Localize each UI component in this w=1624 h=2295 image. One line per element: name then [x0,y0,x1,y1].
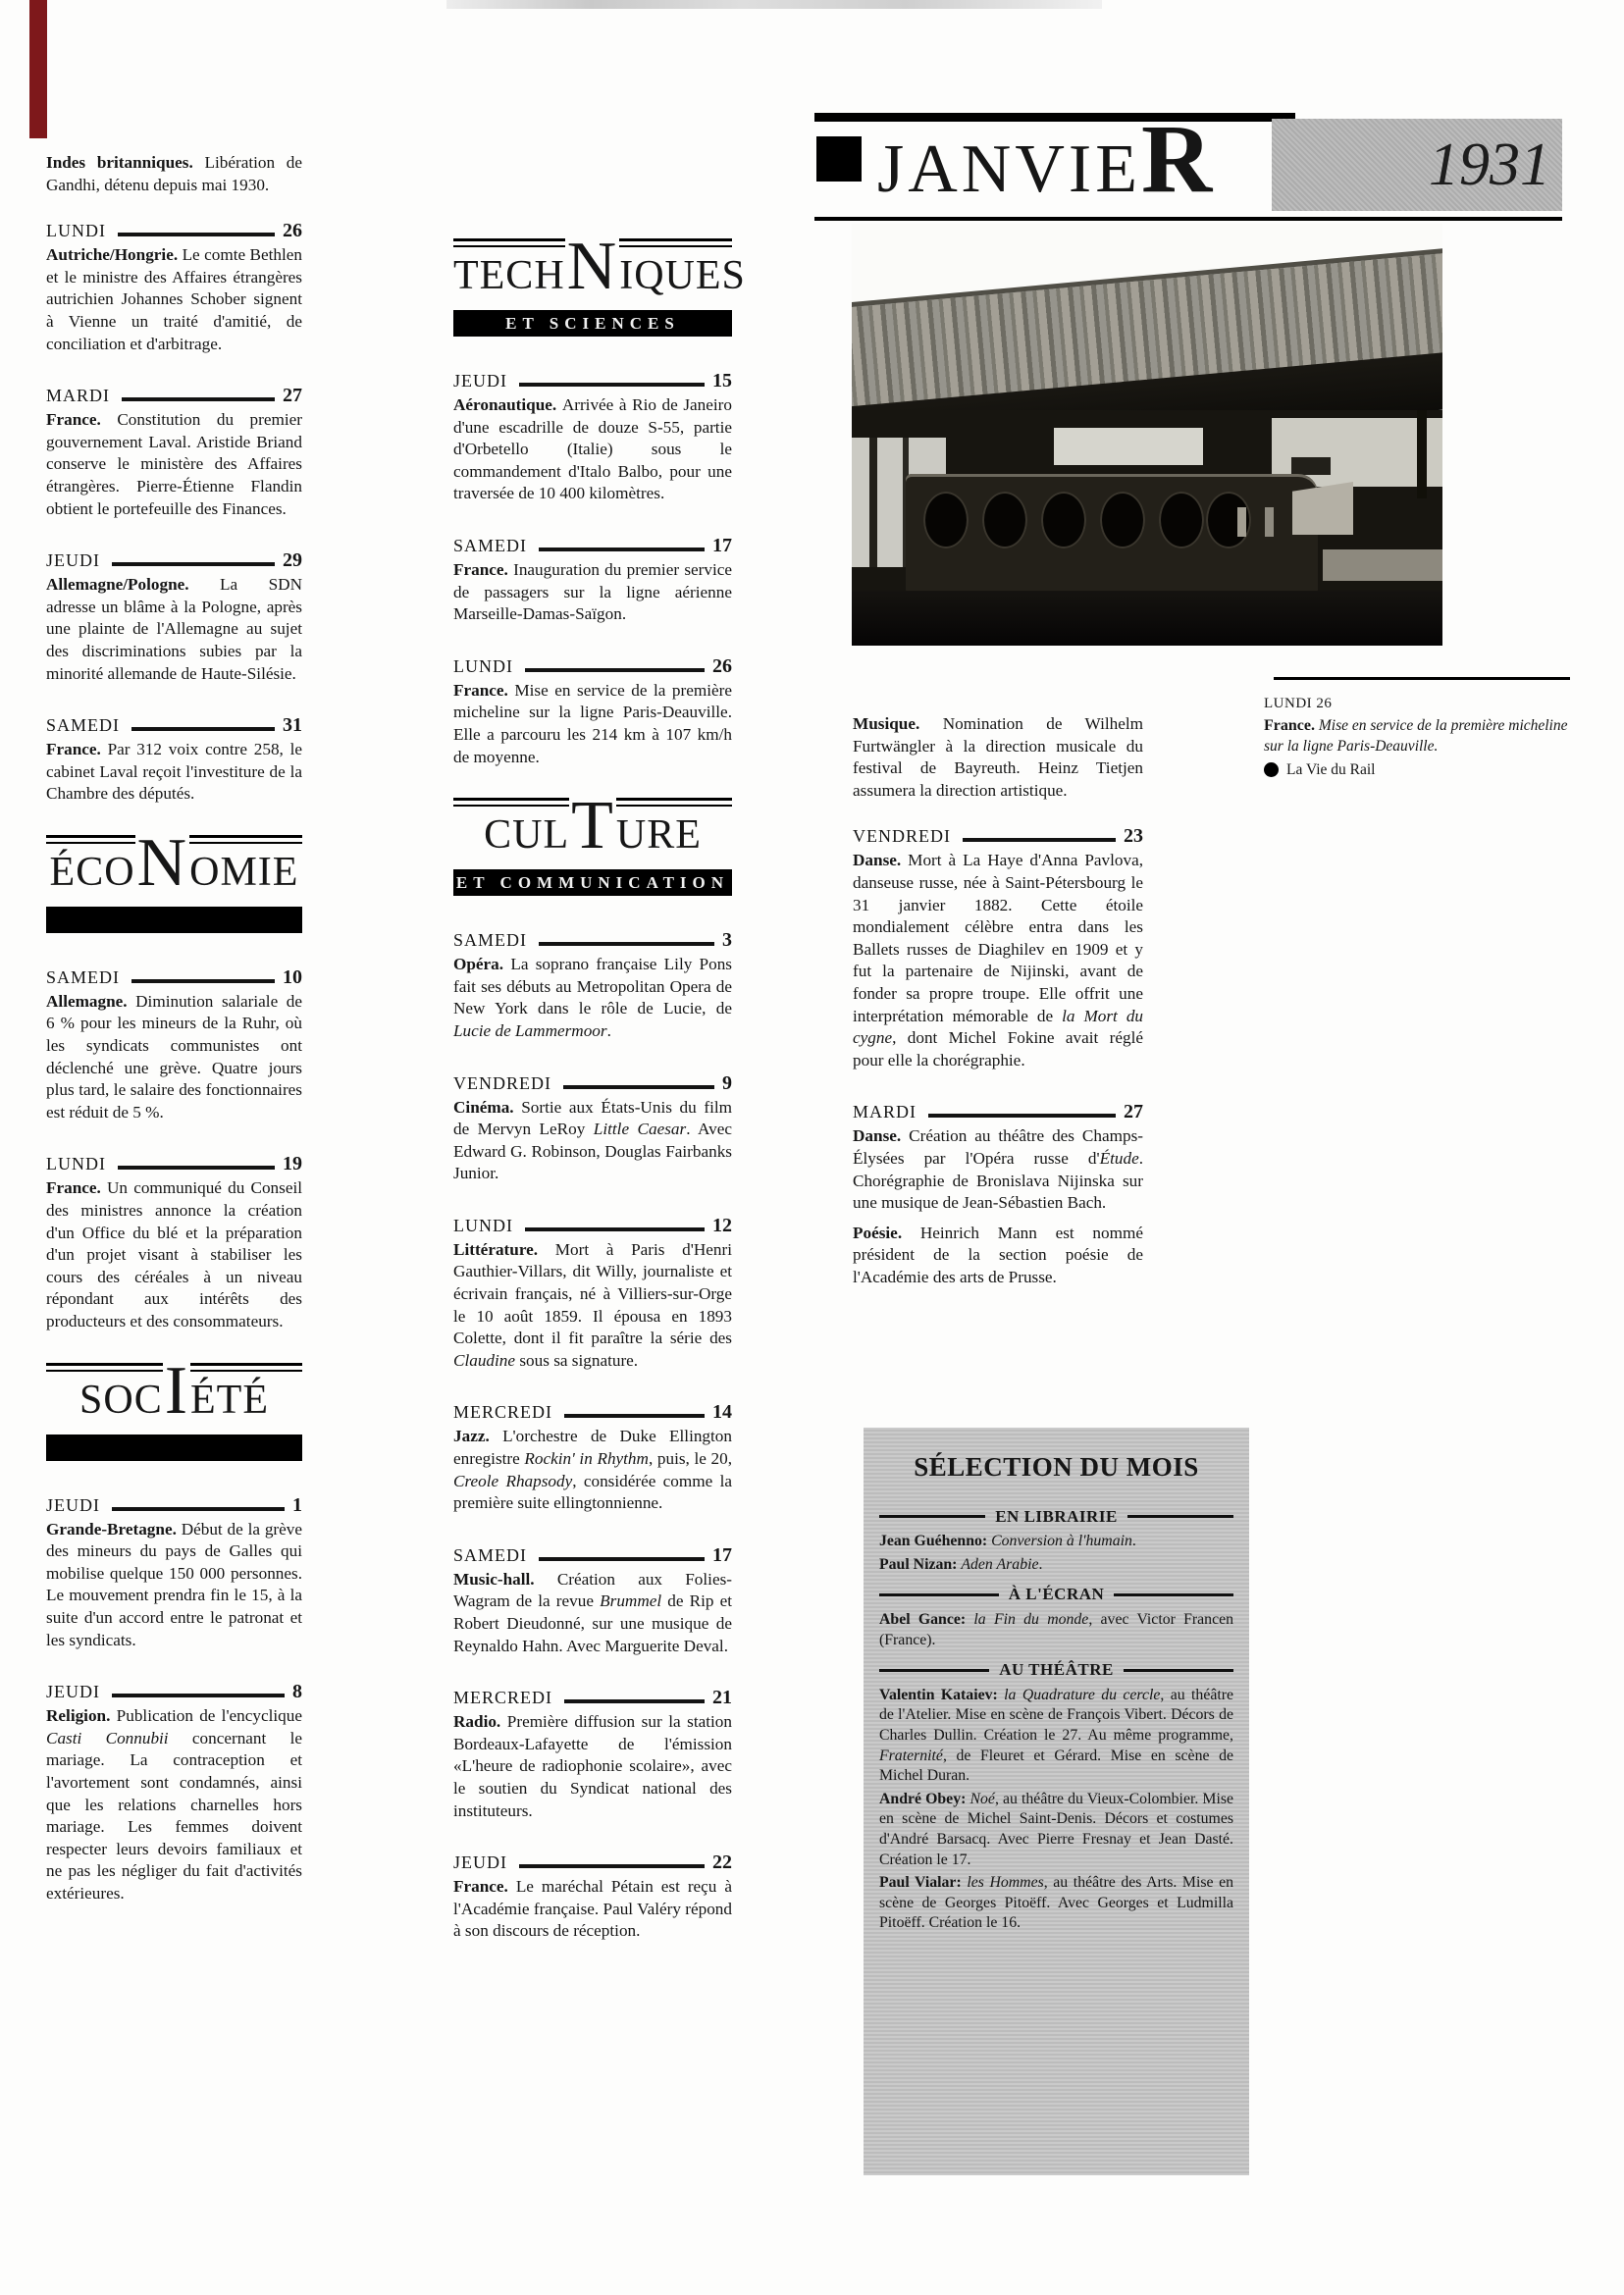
entry-number: 10 [283,966,302,988]
selection-heading-a-l-ecran: À L'ÉCRAN [879,1585,1233,1605]
photo-light-gap [1054,428,1203,465]
selection-heading-en-librairie: EN LIBRAIRIE [879,1507,1233,1528]
section-subtitle-bar: ET SCIENCES [453,310,732,337]
paragraph-body: Indes britanniques. Libération de Gandhi… [46,152,302,196]
paragraph-poesie: Poésie. Heinrich Mann est nommé présiden… [853,1223,1143,1289]
entry-lead: France. [453,681,514,700]
entry-body: France. Constitution du premier gouverne… [46,409,302,520]
entry-number: 17 [712,535,732,556]
entry-rule [525,668,705,672]
entry-body: Opéra. La soprano française Lily Pons fa… [453,954,732,1042]
section-header-culture: CULTUREET COMMUNICATION [453,798,732,896]
column-middle: TECHNIQUESET SCIENCESJEUDI15Aéronautique… [453,238,732,1972]
caption-day: LUNDI 26 [1264,694,1570,715]
section-word-big-letter: T [569,788,616,863]
photo-lamp-post [1417,410,1427,498]
entry-header: MERCREDI21 [453,1687,732,1708]
photo-train-cab [1292,482,1353,535]
paragraph-body: Poésie. Heinrich Mann est nommé présiden… [853,1223,1143,1289]
selection-item: Jean Guéhenno: Conversion à l'humain. [879,1532,1233,1552]
entry-day-label: SAMEDI [46,966,120,988]
entry-header: MARDI27 [46,385,302,406]
entry-rule [112,1694,285,1697]
paragraph-musique: Musique. Nomination de Wilhelm Furtwängl… [853,713,1143,802]
entry-day-label: MERCREDI [453,1401,552,1423]
entry-body: Aéronautique. Arrivée à Rio de Janeiro d… [453,394,732,505]
entry-rule [539,548,705,551]
section-word-post: URE [616,812,702,858]
bullet-icon [1264,762,1279,777]
year-badge: 1931 [1272,119,1562,211]
entry-day-label: JEUDI [46,1494,100,1516]
caption-text: France. Mise en service de la première m… [1264,715,1570,757]
entry-lead: Littérature. [453,1240,555,1259]
entry-lead: France. [46,740,108,758]
selection-heading-label: À L'ÉCRAN [1009,1585,1105,1605]
entry-day-label: SAMEDI [46,714,120,736]
entry-day-label: JEUDI [453,1852,507,1873]
section-word-big-letter: N [135,825,190,901]
selection-title: SÉLECTION DU MOIS [879,1457,1233,1478]
photo-train-body [906,474,1318,594]
month-title-pre: JANVIE [877,131,1141,207]
selection-item: Paul Vialar: les Hommes, au théâtre des … [879,1873,1233,1934]
entry-header: LUNDI19 [46,1153,302,1174]
entry-number: 19 [283,1153,302,1174]
section-header-techniques: TECHNIQUESET SCIENCES [453,238,732,337]
entry-rule [519,1864,705,1868]
page-edge-artifact [446,0,1102,9]
column-right: Musique. Nomination de Wilhelm Furtwängl… [853,713,1143,1312]
entry-number: 26 [283,220,302,241]
section-word-post: OMIE [189,850,298,895]
entry-rule [963,838,1116,842]
entry-samedi-17: SAMEDI17Music-hall. Création aux Folies-… [453,1544,732,1657]
entry-number: 3 [722,929,732,951]
page-tab-red [29,0,47,138]
entry-body: Danse. Création au théâtre des Champs-Él… [853,1125,1143,1214]
entry-number: 9 [722,1072,732,1094]
section-word-pre: CUL [484,812,569,858]
entry-lead: Religion. [46,1706,117,1725]
entry-rule [112,562,275,566]
heading-rule-right [1124,1669,1233,1672]
entry-jeudi-1: JEUDI1Grande-Bretagne. Début de la grève… [46,1494,302,1652]
entry-rule [118,233,275,236]
entry-lundi-12: LUNDI12Littérature. Mort à Paris d'Henri… [453,1215,732,1373]
month-title: JANVIER [877,110,1212,208]
entry-body: France. Inauguration du premier service … [453,559,732,626]
entry-mardi-27: MARDI27Danse. Création au théâtre des Ch… [853,1101,1143,1214]
heading-rule-left [879,1515,985,1518]
entry-header: LUNDI26 [453,655,732,677]
masthead-bottom-rule [814,217,1562,221]
heading-rule-right [1114,1593,1233,1596]
paragraph-lead: Poésie. [853,1224,920,1242]
entry-header: VENDREDI9 [453,1072,732,1094]
entry-rule [519,383,705,387]
section-word-post: IQUES [619,253,746,298]
selection-item-name: Paul Nizan: [879,1556,961,1573]
entry-day-label: VENDREDI [853,825,951,847]
section-subtitle-bar [46,907,302,933]
entry-rule [564,1414,705,1418]
paragraph-lead: Indes britanniques. [46,153,204,172]
entry-samedi-31: SAMEDI31France. Par 312 voix contre 258,… [46,714,302,806]
entry-rule [131,979,275,983]
month-title-big-letter: R [1141,104,1212,213]
selection-du-mois-box: SÉLECTION DU MOIS EN LIBRAIRIEJean Guéhe… [864,1428,1249,2175]
entry-body: Littérature. Mort à Paris d'Henri Gauthi… [453,1239,732,1373]
section-header-societe: SOCIÉTÉ [46,1363,302,1461]
paragraph-indes-britanniques: Indes britanniques. Libération de Gandhi… [46,152,302,196]
entry-body: Jazz. L'orchestre de Duke Ellington enre… [453,1426,732,1514]
entry-number: 27 [1124,1101,1143,1122]
section-word: TECHNIQUES [453,242,732,300]
entry-lead: France. [453,560,513,579]
entry-day-label: VENDREDI [453,1072,551,1094]
selection-item: André Obey: Noé, au théâtre du Vieux-Col… [879,1790,1233,1870]
almanac-page: { "colors": { "page_tab_red": "#7e181b",… [0,0,1624,2295]
entry-mardi-27: MARDI27France. Constitution du premier g… [46,385,302,520]
entry-header: LUNDI26 [46,220,302,241]
entry-number: 12 [712,1215,732,1236]
section-word-big-letter: N [565,229,620,304]
entry-header: JEUDI22 [453,1852,732,1873]
section-word-pre: SOC [79,1378,163,1423]
entry-lead: Allemagne. [46,992,135,1011]
entry-lead: Danse. [853,1126,909,1145]
entry-number: 27 [283,385,302,406]
entry-number: 23 [1124,825,1143,847]
entry-lead: Grande-Bretagne. [46,1520,182,1539]
entry-rule [122,397,275,401]
entry-rule [539,942,714,946]
entry-body: France. Par 312 voix contre 258, le cabi… [46,739,302,806]
entry-jeudi-22: JEUDI22France. Le maréchal Pétain est re… [453,1852,732,1943]
entry-day-label: SAMEDI [453,535,527,556]
caption-credit: La Vie du Rail [1264,759,1570,781]
paragraph-body: Musique. Nomination de Wilhelm Furtwängl… [853,713,1143,802]
entry-day-label: LUNDI [46,220,106,241]
entry-number: 29 [283,549,302,571]
entry-body: Radio. Première diffusion sur la station… [453,1711,732,1822]
section-subtitle-bar: ET COMMUNICATION [453,869,732,896]
entry-day-label: JEUDI [46,1681,100,1702]
selection-item-name: André Obey: [879,1791,969,1807]
entry-header: JEUDI8 [46,1681,302,1702]
entry-samedi-3: SAMEDI3Opéra. La soprano française Lily … [453,929,732,1042]
entry-header: SAMEDI17 [453,1544,732,1566]
entry-lead: Danse. [853,851,908,869]
masthead: JANVIER 1931 [814,111,1562,221]
section-word-big-letter: I [163,1353,190,1429]
selection-heading-label: AU THÉÂTRE [999,1660,1114,1681]
entry-day-label: JEUDI [46,549,100,571]
caption-credit-text: La Vie du Rail [1286,759,1375,781]
paragraph-lead: Musique. [853,714,943,733]
selection-item-name: Valentin Kataiev: [879,1687,1004,1703]
section-word-post: ÉTÉ [190,1378,269,1423]
entry-day-label: LUNDI [46,1153,106,1174]
entry-mercredi-21: MERCREDI21Radio. Première diffusion sur … [453,1687,732,1822]
photo-foreground [852,591,1442,646]
selection-heading-au-theatre: AU THÉÂTRE [879,1660,1233,1681]
entry-header: SAMEDI3 [453,929,732,951]
column-left: Indes britanniques. Libération de Gandhi… [46,152,302,1935]
masthead-square-icon [816,136,862,182]
entry-number: 15 [712,370,732,391]
entry-lundi-19: LUNDI19France. Un communiqué du Conseil … [46,1153,302,1332]
entry-body: Danse. Mort à La Haye d'Anna Pavlova, da… [853,850,1143,1071]
selection-item: Abel Gance: la Fin du monde, avec Victor… [879,1610,1233,1650]
entry-body: France. Le maréchal Pétain est reçu à l'… [453,1876,732,1943]
caption-rule [1274,677,1570,680]
entry-rule [112,1507,285,1511]
entry-lead: France. [453,1877,516,1896]
entry-body: France. Mise en service de la première m… [453,680,732,768]
entry-number: 31 [283,714,302,736]
entry-rule [564,1699,705,1703]
entry-lead: France. [46,1178,107,1197]
entry-body: Autriche/Hongrie. Le comte Bethlen et le… [46,244,302,355]
entry-lundi-26: LUNDI26Autriche/Hongrie. Le comte Bethle… [46,220,302,355]
entry-day-label: MARDI [853,1101,917,1122]
entry-vendredi-9: VENDREDI9Cinéma. Sortie aux États-Unis d… [453,1072,732,1185]
entry-number: 8 [292,1681,302,1702]
entry-lead: Music-hall. [453,1570,557,1589]
entry-rule [563,1085,714,1089]
entry-lead: Jazz. [453,1427,502,1445]
entry-header: MERCREDI14 [453,1401,732,1423]
entry-rule [118,1166,275,1170]
entry-body: Grande-Bretagne. Début de la grève des m… [46,1519,302,1652]
entry-body: Music-hall. Création aux Folies-Wagram d… [453,1569,732,1657]
entry-rule [525,1227,705,1231]
entry-day-label: MERCREDI [453,1687,552,1708]
entry-body: Religion. Publication de l'encyclique Ca… [46,1705,302,1904]
entry-day-label: JEUDI [453,370,507,391]
entry-body: Allemagne/Pologne. La SDN adresse un blâ… [46,574,302,685]
section-word-pre: ÉCO [50,850,135,895]
section-header-economie: ÉCONOMIE [46,835,302,933]
entry-header: LUNDI12 [453,1215,732,1236]
entry-day-label: SAMEDI [453,1544,527,1566]
selection-item-name: Jean Guéhenno: [879,1533,991,1549]
entry-lundi-26: LUNDI26France. Mise en service de la pre… [453,655,732,768]
entry-mercredi-14: MERCREDI14Jazz. L'orchestre de Duke Elli… [453,1401,732,1514]
selection-item-name: Abel Gance: [879,1611,973,1628]
heading-rule-left [879,1669,989,1672]
entry-header: JEUDI15 [453,370,732,391]
entry-header: MARDI27 [853,1101,1143,1122]
entry-header: JEUDI29 [46,549,302,571]
entry-lead: Autriche/Hongrie. [46,245,183,264]
section-word: CULTURE [453,802,732,860]
entry-number: 17 [712,1544,732,1566]
section-word: ÉCONOMIE [46,839,302,897]
entry-header: SAMEDI31 [46,714,302,736]
entry-samedi-10: SAMEDI10Allemagne. Diminution salariale … [46,966,302,1124]
selection-groups: EN LIBRAIRIEJean Guéhenno: Conversion à … [879,1507,1233,1934]
section-subtitle-bar [46,1434,302,1461]
entry-header: SAMEDI10 [46,966,302,988]
entry-lead: Allemagne/Pologne. [46,575,220,594]
entry-lead: Cinéma. [453,1098,521,1117]
selection-heading-label: EN LIBRAIRIE [995,1507,1118,1528]
entry-samedi-17: SAMEDI17France. Inauguration du premier … [453,535,732,626]
entry-day-label: SAMEDI [453,929,527,951]
entry-rule [131,727,275,731]
entry-number: 26 [712,655,732,677]
entry-jeudi-15: JEUDI15Aéronautique. Arrivée à Rio de Ja… [453,370,732,505]
entry-lead: Aéronautique. [453,395,562,414]
entry-header: JEUDI1 [46,1494,302,1516]
selection-item: Paul Nizan: Aden Arabie. [879,1555,1233,1576]
entry-vendredi-23: VENDREDI23Danse. Mort à La Haye d'Anna P… [853,825,1143,1071]
entry-rule [539,1557,705,1561]
entry-number: 1 [292,1494,302,1516]
photo-platform-right [1323,549,1442,581]
entry-body: France. Un communiqué du Conseil des min… [46,1177,302,1332]
photo-micheline-train [852,224,1442,646]
entry-header: VENDREDI23 [853,825,1143,847]
entry-header: SAMEDI17 [453,535,732,556]
section-word-pre: TECH [453,253,565,298]
entry-body: Cinéma. Sortie aux États-Unis du film de… [453,1097,732,1185]
entry-lead: France. [46,410,117,429]
caption-lead: France. [1264,717,1315,734]
entry-number: 22 [712,1852,732,1873]
entry-lead: Opéra. [453,955,510,973]
entry-rule [928,1114,1116,1118]
entry-number: 21 [712,1687,732,1708]
entry-day-label: LUNDI [453,655,513,677]
entry-day-label: LUNDI [453,1215,513,1236]
heading-rule-right [1127,1515,1233,1518]
entry-body: Allemagne. Diminution salariale de 6 % p… [46,991,302,1124]
entry-jeudi-8: JEUDI8Religion. Publication de l'encycli… [46,1681,302,1904]
selection-item-name: Paul Vialar: [879,1874,967,1891]
entry-day-label: MARDI [46,385,110,406]
selection-item: Valentin Kataiev: la Quadrature du cercl… [879,1686,1233,1787]
photo-caption: LUNDI 26 France. Mise en service de la p… [1264,677,1570,780]
entry-jeudi-29: JEUDI29Allemagne/Pologne. La SDN adresse… [46,549,302,685]
section-word: SOCIÉTÉ [46,1367,302,1425]
heading-rule-left [879,1593,999,1596]
entry-lead: Radio. [453,1712,507,1731]
entry-number: 14 [712,1401,732,1423]
